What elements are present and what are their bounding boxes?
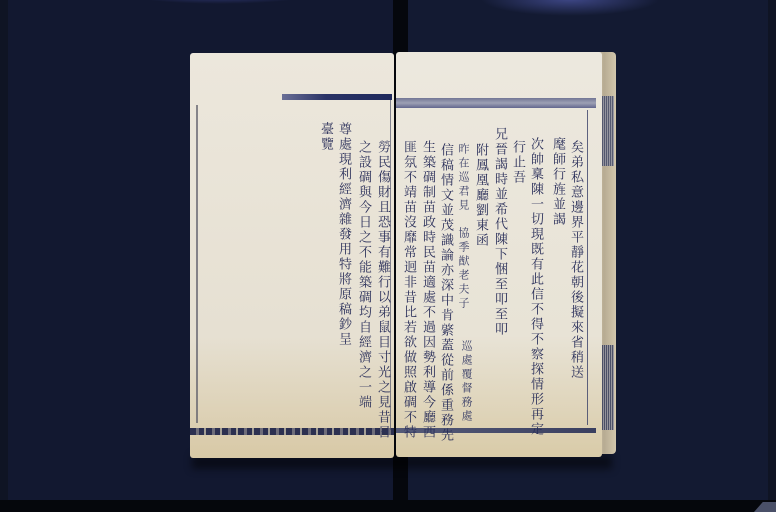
right-margin-rule [587, 110, 588, 425]
text-column: 尊處現利經濟雜發用特將原稿鈔呈 [336, 122, 350, 347]
inner-margin-rule [390, 100, 391, 430]
text-column: 兄晉謁時並希代陳下悃至叩至叩 [492, 127, 506, 337]
text-column: 麾師行旌並謁 [550, 137, 564, 227]
top-border-rule-left [282, 94, 392, 100]
bottom-border-rule-left [190, 428, 394, 435]
text-column: 昨在巡君見 協季猷老夫子 [456, 143, 470, 311]
text-column: 匪氛不靖苗沒靡常迥非昔比若欲做照啟碉不特 [401, 140, 415, 440]
text-column: 勞民傷財且恐事有難行以弟鼠目寸光之見昔日 [375, 140, 389, 440]
text-column: 次帥稟陳一切現既有此信不得不察探情形再定 [528, 137, 542, 437]
text-column: 之設碉與今日之不能築碉均自經濟之一端 [356, 140, 370, 410]
top-border-rule-right [396, 98, 596, 108]
text-column: 行止吾 [510, 140, 524, 185]
annotation-text: 巡處覆督務處 [459, 340, 473, 424]
background-light-glow [120, 0, 320, 4]
text-column: 信稿情文並茂識論亦深中肯綮蓋從前係重務先 [438, 143, 452, 443]
background-bottom-strip [0, 500, 776, 512]
text-column: 臺覽 [318, 122, 332, 152]
background-light-glow [480, 0, 660, 16]
text-column: 生築碉制苗政時民苗適處不過因勢利導今廳西 [420, 140, 434, 440]
left-margin-rule [196, 105, 198, 423]
text-column: 附鳳凰廳劉東函 [473, 143, 487, 248]
text-column: 矣弟私意邊界平靜花朝後擬來省稍送 [568, 140, 582, 380]
